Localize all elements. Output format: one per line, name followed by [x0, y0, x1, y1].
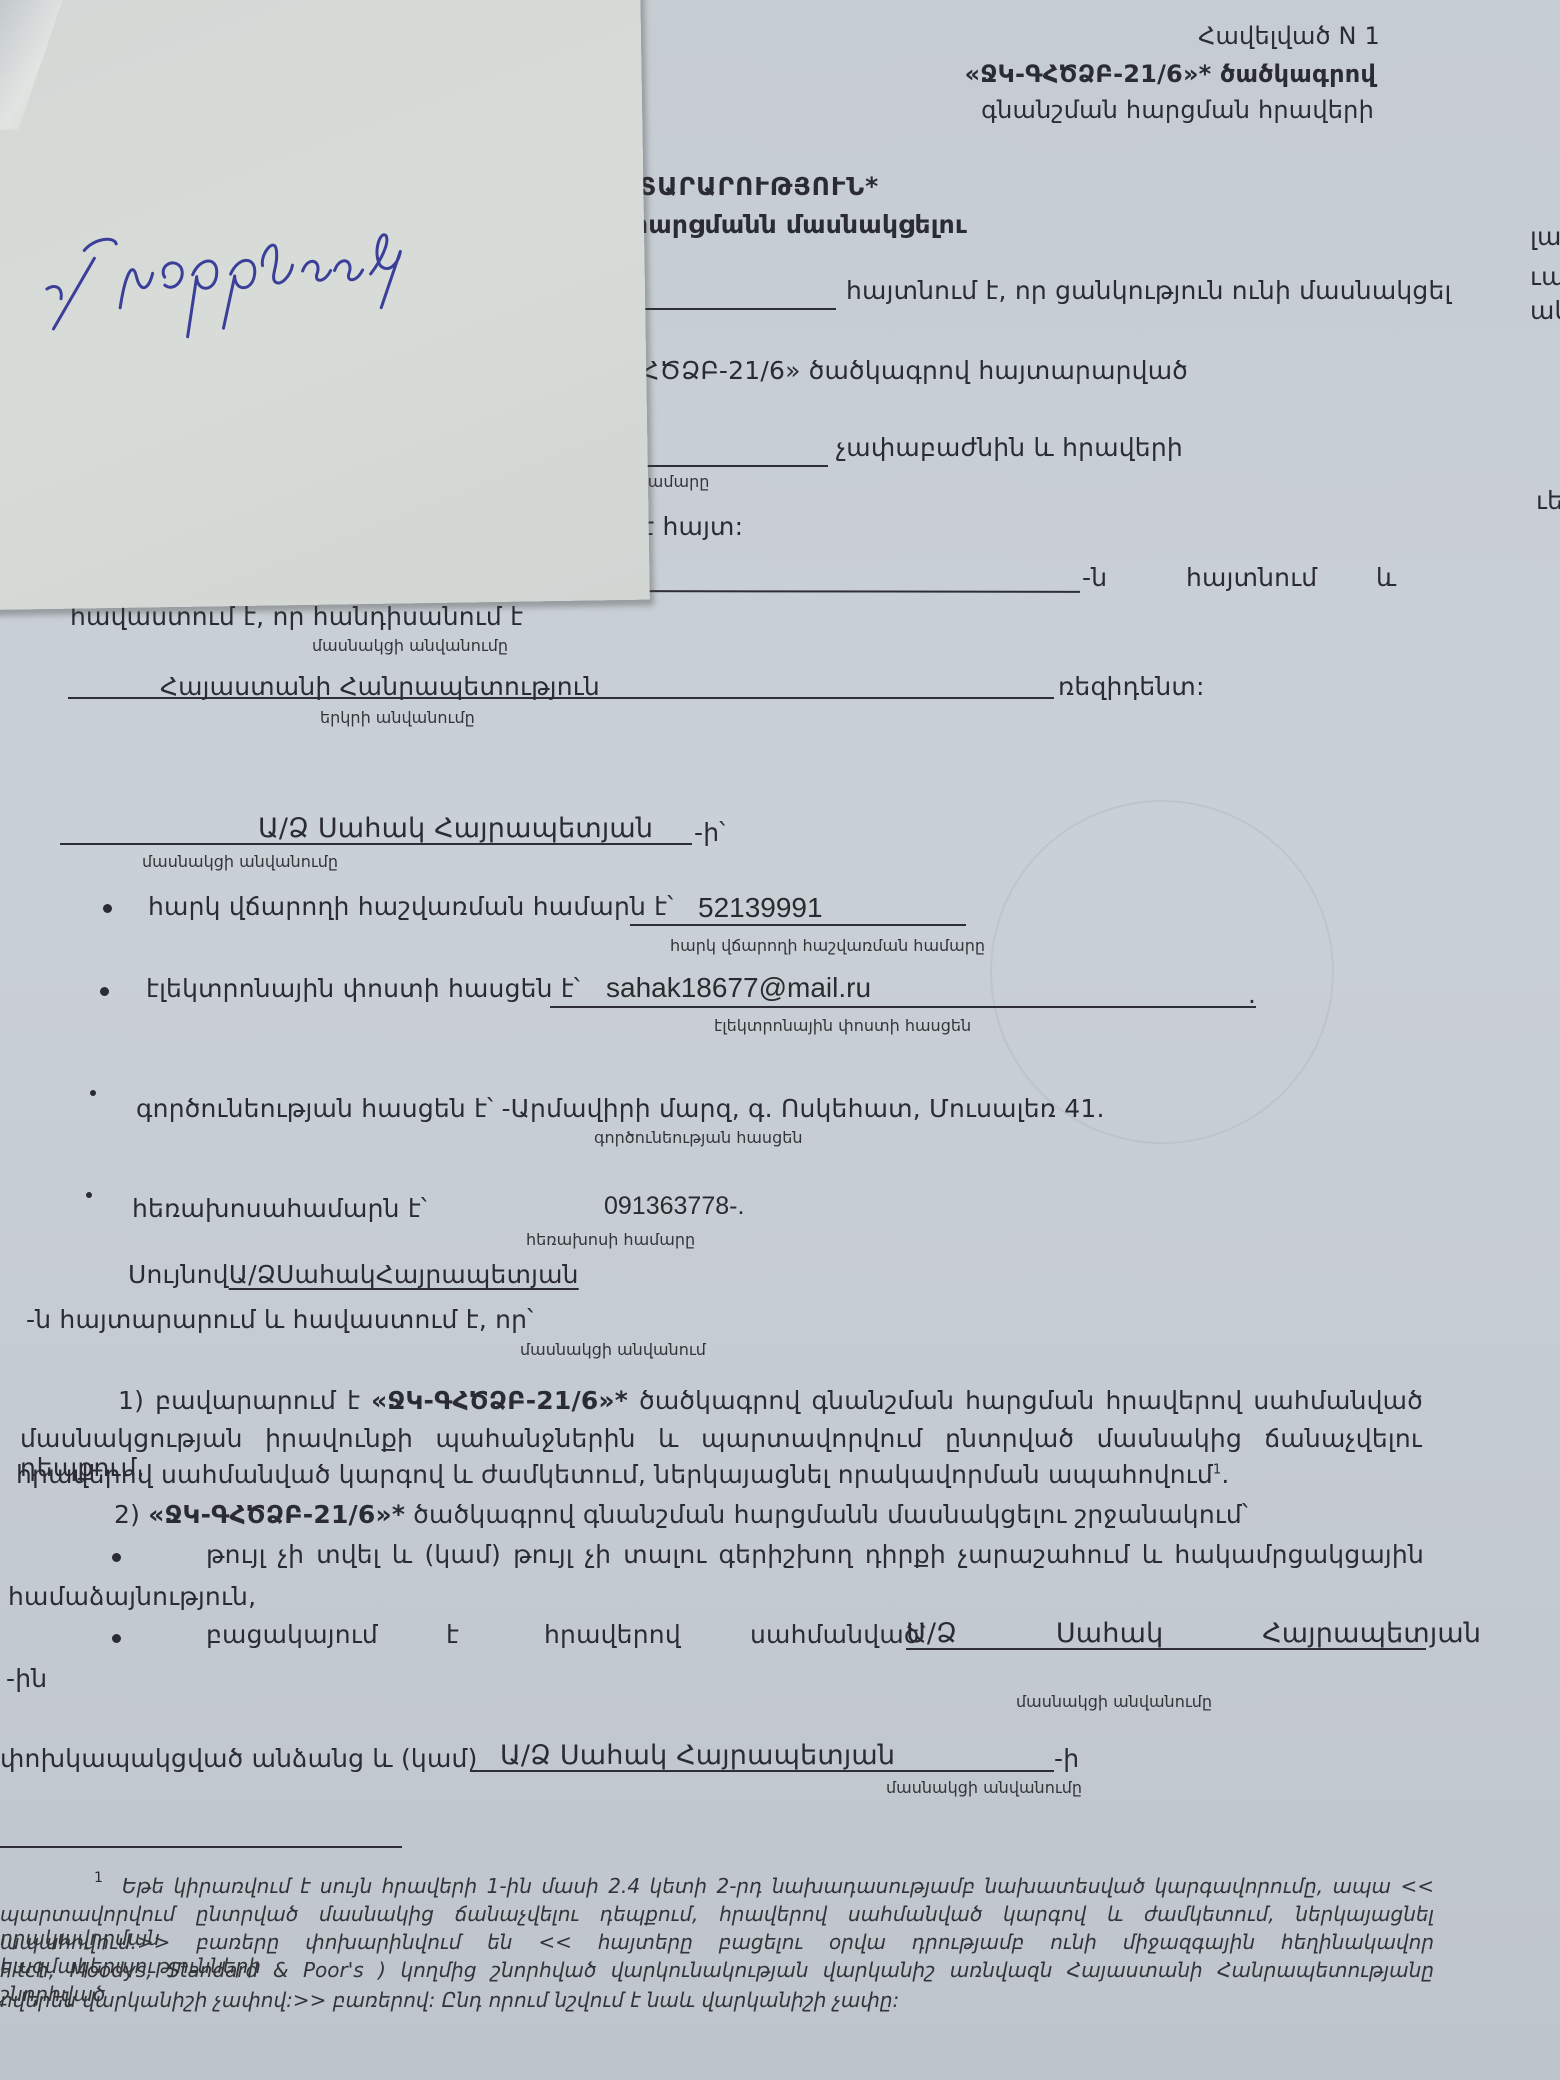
declaration-prefix: Սույնով: [128, 1260, 229, 1289]
edge-fragment: ւա: [1530, 262, 1560, 291]
clause-2-line: 2) «ՋԿ-ԳՀԾՁԲ-21/6»* ծածկագրով գնանշման հ…: [114, 1500, 1248, 1529]
phone-label: հեռախոսահամարն է՝: [132, 1194, 427, 1223]
intro-line3: չափաբաժնին և հրավերի: [836, 433, 1183, 462]
bullet-3-name: Ա/Ձ Սահակ Հայրապետյան: [500, 1740, 895, 1771]
phone-value: 091363778-.: [604, 1192, 744, 1221]
declaration-line2: -ն հայտարարում և հավաստում է, որ՝: [26, 1305, 533, 1334]
clause-1-line3: հրավերով սահմանված կարգով և ժամկետում, ն…: [16, 1460, 1230, 1489]
email-line: [550, 1006, 1256, 1008]
clause-1-line3-text: հրավերով սահմանված կարգով և ժամկետում, ն…: [16, 1460, 1213, 1489]
address-caption: գործունեության հասցեն: [594, 1128, 802, 1147]
clause-1-end: .: [1221, 1460, 1229, 1489]
participant-caption: մասնակցի անվանումը: [312, 636, 508, 655]
footnote-line1: Եթե կիրառվում է սույն հրավերի 1-ին մասի …: [122, 1874, 1434, 1898]
clause-1-code: «ՋԿ-ԳՀԾՁԲ-21/6»*: [371, 1386, 628, 1415]
declaration-line1: ՍույնովԱ/ՁՍահակՀայրապետյան: [128, 1260, 579, 1289]
tax-id-label: հարկ վճարողի հաշվառման համարն է՝: [148, 892, 673, 921]
intro-line5-word1: հայտնում: [1186, 563, 1317, 592]
annex-label: Հավելված N 1: [1198, 22, 1380, 50]
bullet-2-word1: բացակայում: [206, 1620, 378, 1649]
participant-value: Ա/Ձ Սահակ Հայրապետյան: [258, 813, 653, 844]
participant-caption: մասնակցի անվանումը: [142, 852, 338, 871]
intro-line5-suffix: -ն: [1082, 563, 1107, 592]
bullet-3-suffix: -ի: [1054, 1744, 1079, 1773]
declaration-name: Ա/ՁՍահակՀայրապետյան: [229, 1260, 579, 1289]
bullet-2-suffix: -ին: [6, 1664, 47, 1693]
bullet: [100, 987, 109, 996]
country-caption: երկրի անվանումը: [320, 708, 475, 727]
email-label: էլեկտրոնային փոստի հասցեն է՝: [146, 974, 580, 1003]
country-suffix: ռեզիդենտ:: [1058, 672, 1205, 701]
email-value: sahak18677@mail.ru: [606, 972, 871, 1004]
bullet: [103, 904, 112, 913]
bullet-2-name: Ա/Ձ Սահակ Հայրապետյան: [906, 1618, 1426, 1649]
email-caption: էլեկտրոնային փոստի հասցեն: [714, 1016, 971, 1035]
bullet-3-prefix: փոխկապակցված անձանց և (կամ): [0, 1744, 478, 1773]
footnote-mark: 1: [94, 1870, 103, 1886]
bullet-2-word3: հրավերով: [544, 1620, 681, 1649]
page-curl: [0, 0, 72, 130]
participant-suffix: -ի՝: [694, 818, 725, 847]
document-subtitle: հարցմանն մասնակցելու: [632, 210, 967, 239]
declaration-caption: մասնակցի անվանում: [520, 1340, 706, 1359]
faint-stamp: [990, 800, 1334, 1144]
bullet-1-line2: համաձայնություն,: [8, 1582, 256, 1611]
code-line: «ՋԿ-ԳՀԾՁԲ-21/6»* ծածկագրով: [965, 60, 1376, 88]
bullet: [90, 1090, 96, 1096]
clause-2-number: 2): [114, 1500, 140, 1529]
bullet-2-word2: է: [446, 1620, 459, 1649]
phone-caption: հեռախոսի համարը: [526, 1230, 695, 1249]
edge-fragment: լա: [1530, 222, 1560, 251]
footnote-separator: [0, 1846, 402, 1848]
tax-id-value: 52139991: [698, 892, 823, 924]
sticky-note[interactable]: [0, 0, 650, 610]
intro-line5-word2: և: [1376, 563, 1397, 592]
clause-1-text: ծածկագրով գնանշման հարցման հրավերով սահմ…: [639, 1386, 1423, 1415]
bullet-3-caption: մասնակցի անվանումը: [886, 1778, 1082, 1797]
handwritten-signature: [22, 113, 446, 360]
tax-id-caption: հարկ վճարողի հաշվառման համարը: [670, 936, 985, 955]
code-line-text: «ՋԿ-ԳՀԾՁԲ-21/6»* ծածկագրով: [965, 60, 1376, 88]
bullet-2-name-text: Ա/Ձ Սահակ Հայրապետյան: [906, 1618, 1481, 1649]
intro-line2: -ՀԾՁԲ-21/6» ծածկագրով հայտարարված: [632, 356, 1188, 385]
bullet: [86, 1192, 92, 1198]
bullet-2-caption: մասնակցի անվանումը: [1016, 1692, 1212, 1711]
clause-1-number: 1) բավարարում է: [118, 1386, 360, 1415]
rules-line: գնանշման հարցման հրավերի: [981, 96, 1374, 124]
bullet: [112, 1553, 121, 1562]
footnote-line5: ովերեն վարկանիշի չափով:>> բառերով: Ընդ ո…: [0, 1988, 899, 2012]
bullet-1-line1: թույլ չի տվել և (կամ) թույլ չի տալու գեր…: [206, 1540, 1424, 1569]
bullet: [112, 1634, 121, 1643]
edge-fragment: ակ: [1530, 296, 1560, 325]
tax-id-line: [630, 924, 966, 926]
bullet-2-word4: սահմանված՝: [750, 1620, 926, 1649]
country-value: Հայաստանի Հանրապետություն: [160, 672, 600, 701]
address-label: գործունեության հասցեն է՝ -Արմավիրի մարզ,…: [136, 1094, 1105, 1123]
intro-line1: հայտնում է, որ ցանկություն ունի մասնակցե…: [846, 276, 1452, 305]
clause-2-code: «ՋԿ-ԳՀԾՁԲ-21/6»*: [148, 1500, 405, 1529]
email-suffix: .: [1248, 980, 1256, 1009]
clause-1-line1: 1) բավարարում է «ՋԿ-ԳՀԾՁԲ-21/6»* ծածկագր…: [118, 1386, 1423, 1415]
edge-fragment: ւեղ: [1536, 486, 1560, 515]
clause-2-text: ծածկագրով գնանշման հարցմանն մասնակցելու …: [413, 1500, 1248, 1529]
